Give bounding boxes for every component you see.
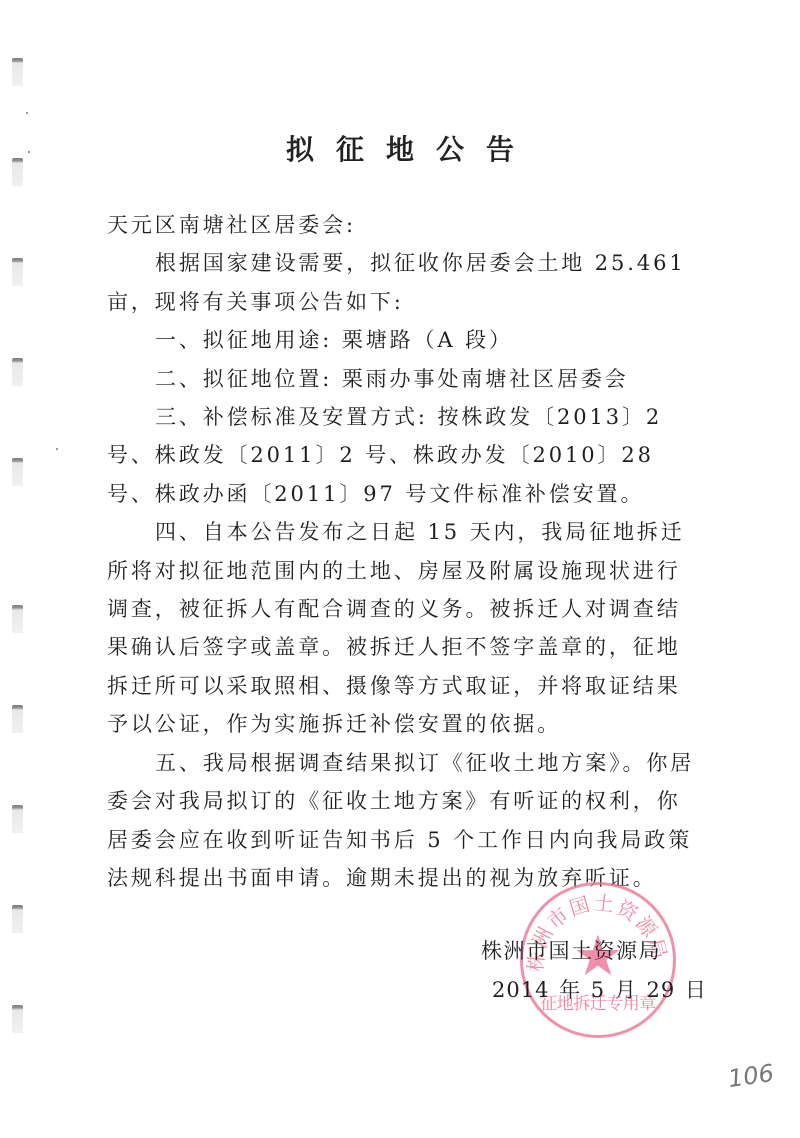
binding-mark [12,358,23,386]
binding-mark [12,905,23,933]
binding-mark [12,605,23,633]
binding-mark [12,1005,23,1033]
issuer-signature: 株洲市国土资源局 [481,935,661,965]
paragraph-item-2: 二、拟征地位置: 栗雨办事处南塘社区居委会 [107,360,699,398]
binding-mark [12,258,23,286]
binding-mark [12,705,23,733]
paragraph-item-3: 三、补偿标准及安置方式: 按株政发〔2013〕2 号、株政发〔2011〕2 号、… [107,398,699,513]
paragraph-item-1: 一、拟征地用途: 栗塘路（A 段） [107,321,699,359]
handwritten-page-number: 106 [726,1059,775,1093]
document-body: 天元区南塘社区居委会: 根据国家建设需要，拟征收你居委会土地 25.461 亩，… [107,206,699,897]
paragraph-intro: 根据国家建设需要，拟征收你居委会土地 25.461 亩，现将有关事项公告如下: [107,244,699,321]
scan-speck [26,112,28,114]
addressee: 天元区南塘社区居委会: [107,206,699,244]
binding-mark [12,58,23,86]
binding-mark [12,458,23,486]
document-title: 拟征地公告 [0,128,800,168]
paragraph-item-4: 四、自本公告发布之日起 15 天内，我局征地拆迁所将对拟征地范围内的土地、房屋及… [107,513,699,743]
binding-mark [12,805,23,833]
paragraph-item-5: 五、我局根据调查结果拟订《征收土地方案》。你居委会对我局拟订的《征收土地方案》有… [107,744,699,898]
issue-date: 2014 年 5 月 29 日 [492,974,707,1004]
scan-speck [56,448,58,450]
